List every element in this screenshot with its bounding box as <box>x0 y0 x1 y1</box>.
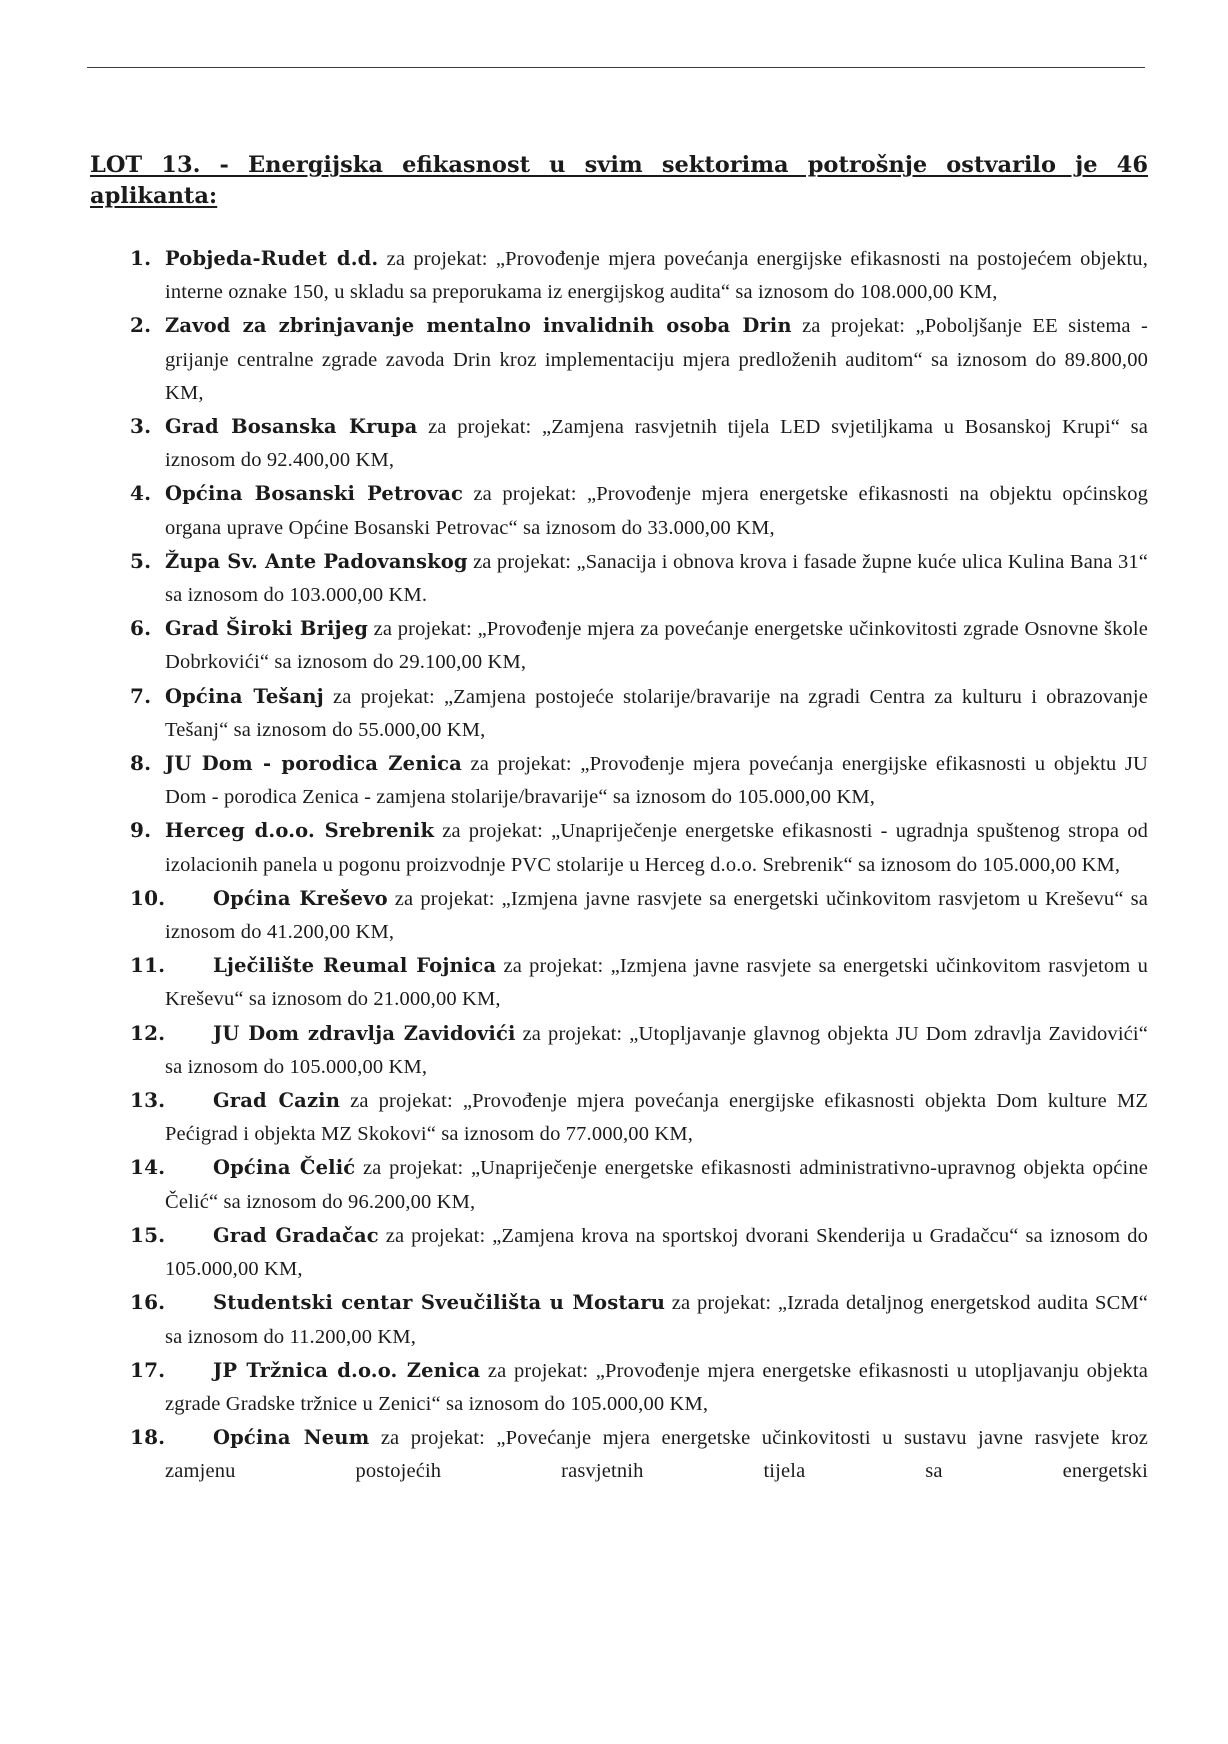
lot-heading: LOT 13. - Energijska efikasnost u svim s… <box>90 150 1148 212</box>
connector-text: za projekat: <box>350 1090 453 1112</box>
connector-text: za projekat: <box>363 1157 463 1179</box>
item-number: 16. <box>130 1286 165 1319</box>
applicant-name: Općina Neum <box>213 1426 369 1449</box>
applicant-item: 10. Općina Kreševo za projekat: „Izmjena… <box>90 882 1148 949</box>
applicant-name: Lječilište Reumal Fojnica <box>213 954 496 977</box>
connector-text: za projekat: <box>523 1023 623 1045</box>
item-number: 10. <box>130 882 165 915</box>
applicant-name: Studentski centar Sveučilišta u Mostaru <box>213 1291 665 1314</box>
applicant-item: 16. Studentski centar Sveučilišta u Most… <box>90 1286 1148 1353</box>
connector-text: za projekat: <box>374 618 472 640</box>
applicant-name: Grad Gradačac <box>213 1224 379 1247</box>
item-number: 12. <box>130 1017 165 1050</box>
item-number: 15. <box>130 1219 165 1252</box>
applicant-item: 13. Grad Cazin za projekat: „Provođenje … <box>90 1084 1148 1151</box>
applicant-item: 5. Župa Sv. Ante Padovanskog za projekat… <box>90 545 1148 612</box>
connector-text: za projekat: <box>672 1292 771 1314</box>
applicant-item: 2. Zavod za zbrinjavanje mentalno invali… <box>90 309 1148 410</box>
applicant-list: 1. Pobjeda-Rudet d.d. za projekat: „Prov… <box>90 242 1148 1489</box>
connector-text: za projekat: <box>442 820 543 842</box>
applicant-item: 1. Pobjeda-Rudet d.d. za projekat: „Prov… <box>90 242 1148 309</box>
applicant-name: Pobjeda-Rudet d.d. <box>165 247 378 270</box>
item-number: 5. <box>130 545 151 578</box>
item-number: 17. <box>130 1354 165 1387</box>
connector-text: za projekat: <box>395 888 495 910</box>
applicant-item: 14. Općina Čelić za projekat: „Unapriječ… <box>90 1151 1148 1218</box>
document-page: LOT 13. - Energijska efikasnost u svim s… <box>90 150 1148 1489</box>
item-number: 3. <box>130 410 151 443</box>
applicant-item: 4. Općina Bosanski Petrovac za projekat:… <box>90 477 1148 544</box>
applicant-name: Grad Bosanska Krupa <box>165 415 417 438</box>
item-number: 7. <box>130 680 151 713</box>
connector-text: za projekat: <box>471 753 572 775</box>
applicant-name: Općina Čelić <box>213 1156 355 1179</box>
applicant-item: 9. Herceg d.o.o. Srebrenik za projekat: … <box>90 814 1148 881</box>
connector-text: za projekat: <box>381 1427 485 1449</box>
applicant-name: Grad Široki Brijeg <box>165 617 368 640</box>
applicant-name: Herceg d.o.o. Srebrenik <box>165 819 434 842</box>
applicant-name: Općina Bosanski Petrovac <box>165 482 463 505</box>
item-number: 1. <box>130 242 151 275</box>
applicant-item: 15. Grad Gradačac za projekat: „Zamjena … <box>90 1219 1148 1286</box>
applicant-item: 6. Grad Široki Brijeg za projekat: „Prov… <box>90 612 1148 679</box>
applicant-name: Općina Kreševo <box>213 887 388 910</box>
applicant-name: Grad Cazin <box>213 1089 340 1112</box>
item-number: 4. <box>130 477 151 510</box>
connector-text: za projekat: <box>488 1360 588 1382</box>
connector-text: za projekat: <box>503 955 603 977</box>
applicant-name: Župa Sv. Ante Padovanskog <box>165 550 468 573</box>
applicant-name: JU Dom zdravlja Zavidovići <box>213 1022 516 1045</box>
item-number: 11. <box>130 949 165 982</box>
applicant-name: JP Tržnica d.o.o. Zenica <box>213 1359 480 1382</box>
item-number: 9. <box>130 814 151 847</box>
applicant-item: 12. JU Dom zdravlja Zavidovići za projek… <box>90 1017 1148 1084</box>
applicant-item: 7. Općina Tešanj za projekat: „Zamjena p… <box>90 680 1148 747</box>
connector-text: za projekat: <box>333 686 435 708</box>
item-number: 13. <box>130 1084 165 1117</box>
connector-text: za projekat: <box>428 416 531 438</box>
connector-text: za projekat: <box>473 483 576 505</box>
item-number: 18. <box>130 1421 165 1454</box>
applicant-item: 8. JU Dom - porodica Zenica za projekat:… <box>90 747 1148 814</box>
applicant-name: Zavod za zbrinjavanje mentalno invalidni… <box>165 314 792 337</box>
connector-text: za projekat: <box>802 315 905 337</box>
connector-text: za projekat: <box>387 248 488 270</box>
connector-text: za projekat: <box>473 551 571 573</box>
applicant-name: Općina Tešanj <box>165 685 324 708</box>
item-number: 2. <box>130 309 151 342</box>
item-number: 6. <box>130 612 151 645</box>
header-rule <box>87 67 1145 68</box>
item-number: 8. <box>130 747 151 780</box>
item-number: 14. <box>130 1151 165 1184</box>
applicant-name: JU Dom - porodica Zenica <box>165 752 462 775</box>
applicant-item: 17. JP Tržnica d.o.o. Zenica za projekat… <box>90 1354 1148 1421</box>
connector-text: za projekat: <box>386 1225 486 1247</box>
applicant-item: 3. Grad Bosanska Krupa za projekat: „Zam… <box>90 410 1148 477</box>
applicant-item: 18. Općina Neum za projekat: „Povećanje … <box>90 1421 1148 1488</box>
applicant-item: 11. Lječilište Reumal Fojnica za projeka… <box>90 949 1148 1016</box>
